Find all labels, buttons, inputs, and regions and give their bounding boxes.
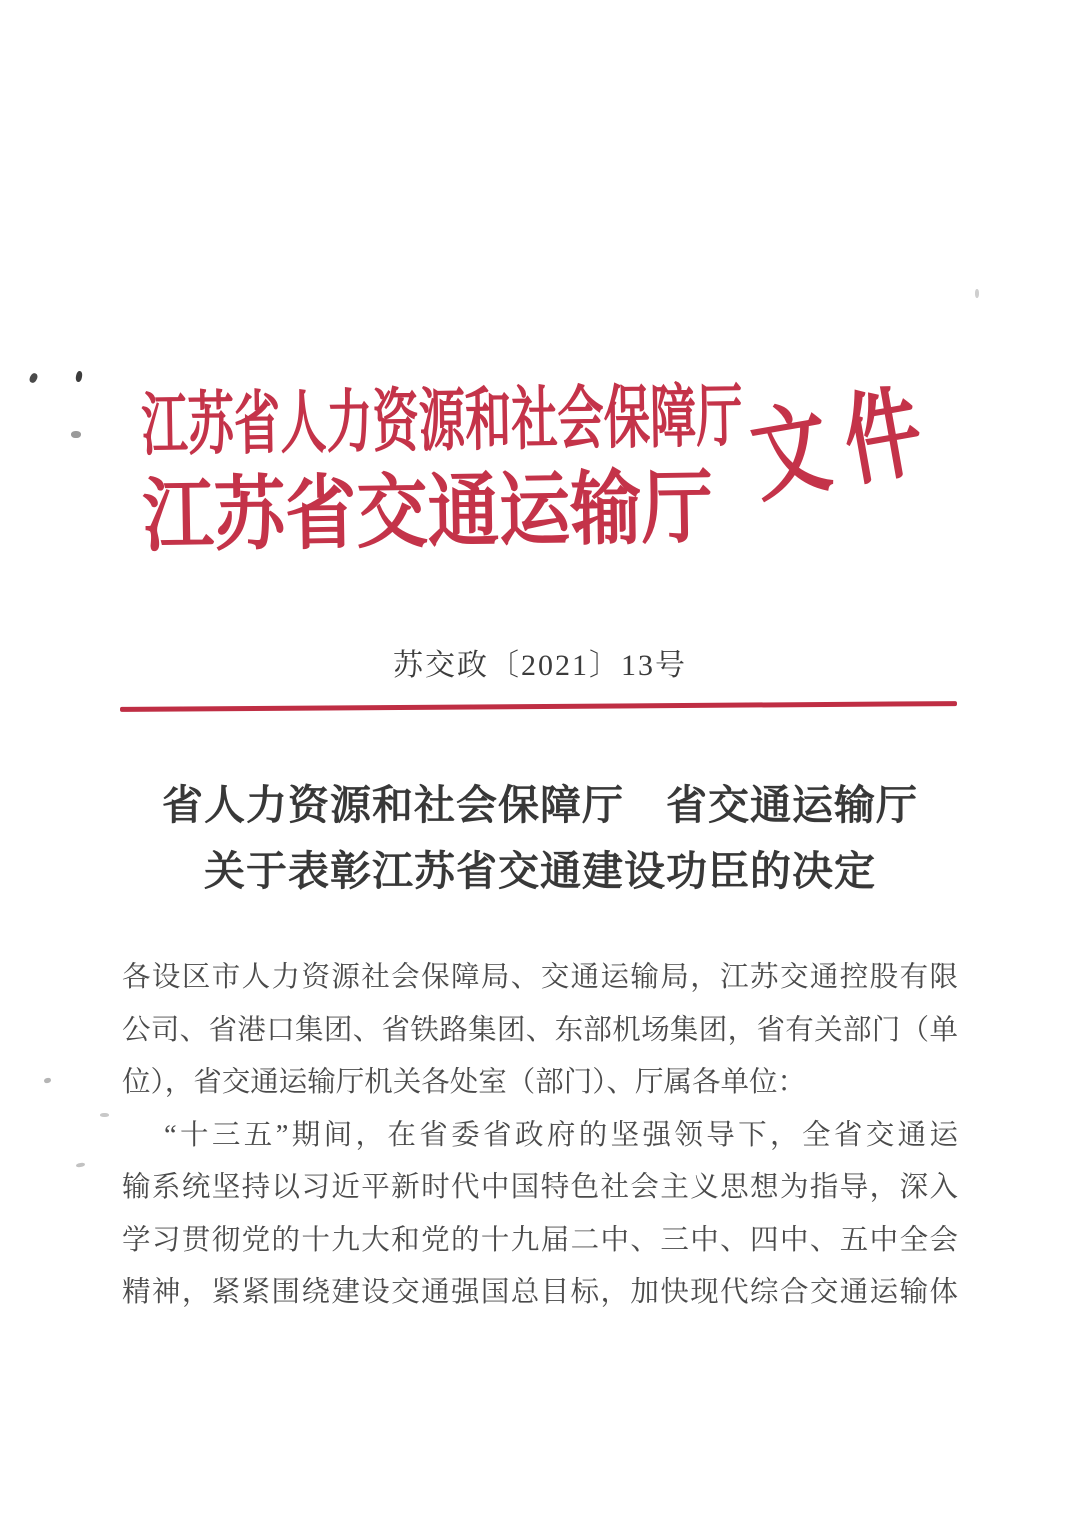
body-text-line: “十三五”期间，在省委省政府的坚强领导下，全省交通运 bbox=[122, 1110, 958, 1163]
letterhead-doctype-char-wen: 文 bbox=[745, 398, 837, 510]
body-text-line: 输系统坚持以习近平新时代中国特色社会主义思想为指导，深入 bbox=[122, 1162, 958, 1215]
body-text-line: 学习贯彻党的十九大和党的十九届二中、三中、四中、五中全会 bbox=[122, 1215, 958, 1268]
scan-artifact bbox=[100, 1113, 109, 1117]
body-text-line: 各设区市人力资源社会保障局、交通运输局，江苏交通控股有限 bbox=[122, 952, 958, 1005]
scan-artifact bbox=[76, 1162, 86, 1168]
scan-artifact bbox=[28, 372, 39, 384]
letterhead-doctype-char-jian: 件 bbox=[837, 382, 929, 494]
document-title-line2: 关于表彰江苏省交通建设功臣的决定 bbox=[122, 838, 958, 904]
document-title-line1: 省人力资源和社会保障厅 省交通运输厅 bbox=[122, 772, 958, 838]
document-title: 省人力资源和社会保障厅 省交通运输厅 关于表彰江苏省交通建设功臣的决定 bbox=[122, 772, 958, 904]
scan-artifact bbox=[43, 1077, 51, 1084]
body-text-line: 精神，紧紧围绕建设交通强国总目标，加快现代综合交通运输体 bbox=[122, 1267, 958, 1320]
scan-artifact bbox=[71, 431, 81, 438]
letterhead-agency-line1: 江苏省人力资源和社会保障厅 bbox=[141, 383, 743, 461]
scanned-document-page: 江苏省人力资源和社会保障厅 江苏省交通运输厅 文 件 苏交政〔2021〕13号 … bbox=[0, 0, 1080, 1527]
document-number: 苏交政〔2021〕13号 bbox=[122, 640, 958, 684]
red-separator-rule bbox=[120, 701, 957, 712]
scan-artifact bbox=[75, 371, 83, 383]
body-text: 各设区市人力资源社会保障局、交通运输局，江苏交通控股有限公司、省港口集团、省铁路… bbox=[122, 952, 958, 1320]
body-text-line: 公司、省港口集团、省铁路集团、东部机场集团，省有关部门（单 bbox=[122, 1005, 958, 1058]
letterhead-agency-line2: 江苏省交通运输厅 bbox=[142, 468, 713, 558]
scan-artifact bbox=[975, 289, 979, 298]
body-text-line: 位），省交通运输厅机关各处室（部门）、厅属各单位： bbox=[122, 1057, 958, 1110]
